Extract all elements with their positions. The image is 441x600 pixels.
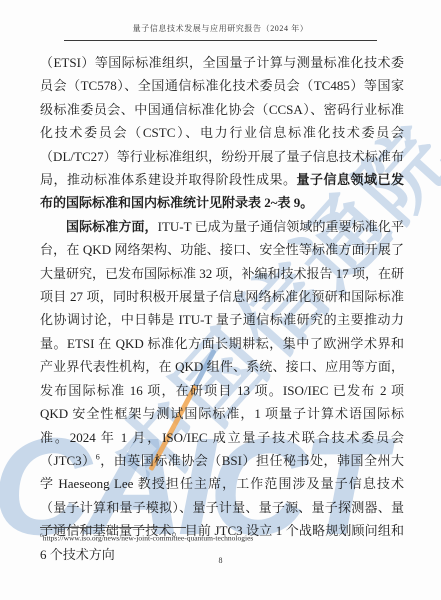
page-number: 8 xyxy=(0,556,441,565)
footnote-divider xyxy=(40,527,186,528)
text-run: （ETSI）等国际标准组织，全国量子计算与测量标准化技术委员会（TC578）、全… xyxy=(40,55,404,187)
bold-text-run: 国际标准方面， xyxy=(66,219,158,234)
document-body: （ETSI）等国际标准组织，全国量子计算与测量标准化技术委员会（TC578）、全… xyxy=(40,51,404,566)
document-page: 中国信通院 CAICT 量子信息技术发展与应用研究报告（2024 年） （ETS… xyxy=(0,0,441,600)
running-header-title: 量子信息技术发展与应用研究报告（2024 年） xyxy=(0,23,441,34)
header-divider xyxy=(64,40,377,41)
text-run: ITU-T 已成为量子通信领域的重要标准化平台，在 QKD 网络架构、功能、接口… xyxy=(40,219,404,468)
footnote-url: https://www.iso.org/news/new-joint-commi… xyxy=(43,534,254,543)
body-paragraph: （ETSI）等国际标准组织，全国量子计算与测量标准化技术委员会（TC578）、全… xyxy=(40,51,404,215)
footnote: 6https://www.iso.org/news/new-joint-comm… xyxy=(40,533,405,543)
text-run: ，由英国标准协会（BSI）担任秘书处，韩国全州大学 Haeseong Lee 教… xyxy=(40,453,404,562)
body-paragraph: 国际标准方面，ITU-T 已成为量子通信领域的重要标准化平台，在 QKD 网络架… xyxy=(40,215,404,566)
page-content: 量子信息技术发展与应用研究报告（2024 年） （ETSI）等国际标准组织，全国… xyxy=(0,0,441,600)
